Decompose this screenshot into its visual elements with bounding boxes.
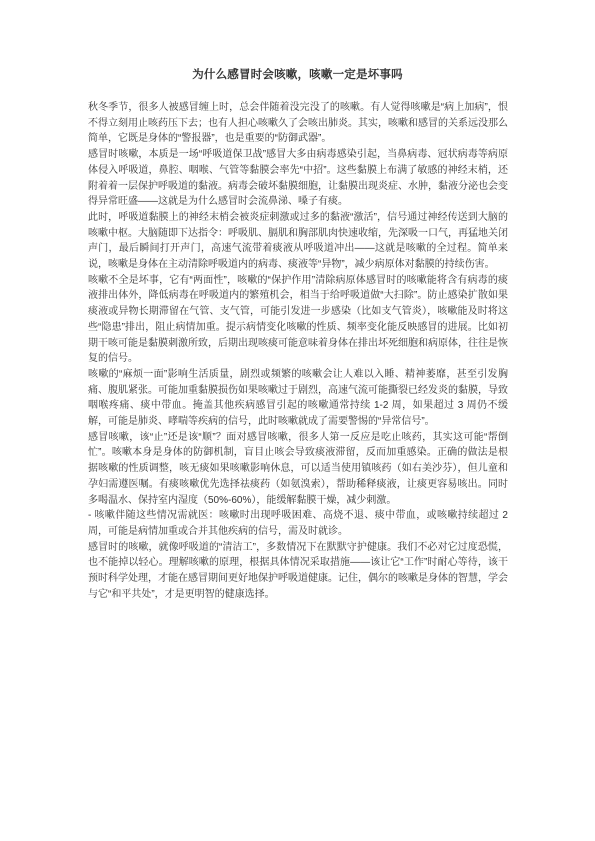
document-title: 为什么感冒时会咳嗽，咳嗽一定是坏事吗 [0, 68, 595, 82]
paragraph: 感冒时的咳嗽，就像呼吸道的“清洁工”，多数情况下在默默守护健康。我们不必对它过度… [88, 540, 508, 603]
paragraph: 感冒时咳嗽，本质是一场“呼吸道保卫战”感冒大多由病毒感染引起，当鼻病毒、冠状病毒… [88, 147, 508, 210]
paragraph: 感冒咳嗽，该“止”还是该“顺”？面对感冒咳嗽，很多人第一反应是吃止咳药，其实这可… [88, 430, 508, 509]
paragraph: 咳嗽的“麻烦一面”影响生活质量，剧烈或频繁的咳嗽会让人难以入睡、精神萎靡，甚至引… [88, 367, 508, 430]
paragraph-bullet: - 咳嗽伴随这些情况需就医：咳嗽时出现呼吸困难、高烧不退、痰中带血，或咳嗽持续超… [88, 508, 508, 539]
paragraph: 此时，呼吸道黏膜上的神经末梢会被炎症刺激或过多的黏液“激活”，信号通过神经传送到… [88, 210, 508, 273]
paragraph: 秋冬季节，很多人被感冒缠上时，总会伴随着没完没了的咳嗽。有人觉得咳嗽是“病上加病… [88, 100, 508, 147]
paragraph: 咳嗽不全是坏事，它有“两面性”，咳嗽的“保护作用”清除病原体感冒时的咳嗽能将含有… [88, 273, 508, 367]
document-page: 为什么感冒时会咳嗽，咳嗽一定是坏事吗 秋冬季节，很多人被感冒缠上时，总会伴随着没… [0, 0, 595, 841]
article-body: 秋冬季节，很多人被感冒缠上时，总会伴随着没完没了的咳嗽。有人觉得咳嗽是“病上加病… [88, 100, 508, 603]
